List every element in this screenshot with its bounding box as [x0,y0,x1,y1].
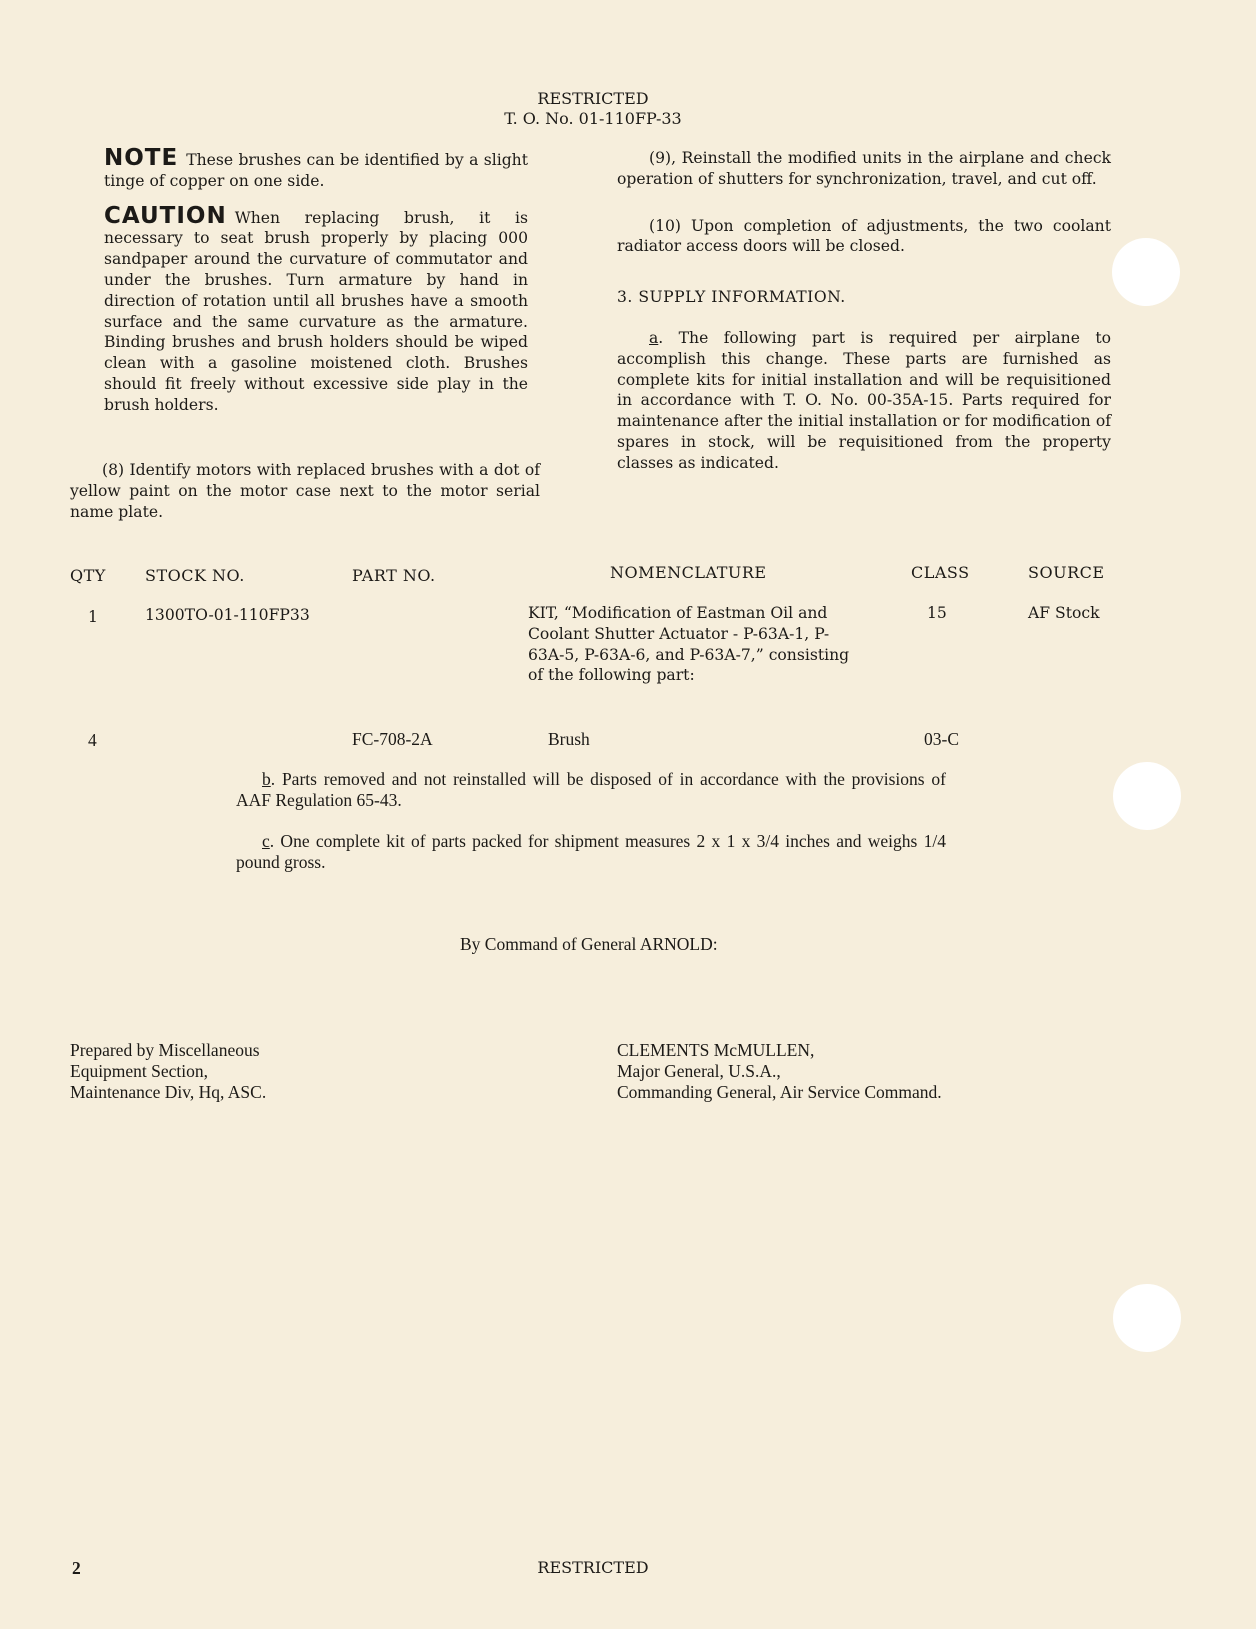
caution-block: CAUTIONWhen replacing brush, it is neces… [104,206,528,416]
cell-class: 03-C [924,729,959,750]
cell-stock-no: 1300TO-01-110FP33 [145,605,310,626]
paragraph-a-letter: a [649,329,658,347]
step-9: (9), Reinstall the modified units in the… [617,148,1111,190]
cell-source: AF Stock [1028,603,1100,624]
note-block: NOTEThese brushes can be identified by a… [104,148,528,192]
punch-hole-top [1112,238,1180,306]
by-command-line: By Command of General ARNOLD: [460,934,718,955]
cell-nomenclature: Brush [548,729,590,750]
cell-part-no: FC-708-2A [352,729,433,750]
paragraph-a: a. The following part is required per ai… [617,328,1111,474]
signer-name: CLEMENTS McMULLEN, [617,1040,942,1061]
step-10: (10) Upon completion of adjustments, the… [617,216,1111,258]
cell-qty: 4 [88,730,97,751]
signer-rank: Major General, U.S.A., [617,1061,942,1082]
paragraph-c-letter: c [262,831,270,851]
paragraph-a-text: . The following part is required per air… [617,329,1111,472]
caution-label: CAUTION [104,203,227,229]
cell-nomenclature: KIT, “Modification of Eastman Oil and Co… [528,603,858,686]
note-label: NOTE [104,145,178,171]
step-8: (8) Identify motors with replaced brushe… [70,460,540,522]
paragraph-b: b. Parts removed and not reinstalled wil… [236,769,946,811]
cell-qty: 1 [88,607,98,628]
signer-title: Commanding General, Air Service Command. [617,1082,942,1103]
caution-text: When replacing brush, it is necessary to… [104,209,528,414]
paragraph-b-letter: b [262,769,271,789]
header-classification: RESTRICTED [0,89,1186,109]
left-column: NOTEThese brushes can be identified by a… [104,148,528,416]
right-column: (9), Reinstall the modified units in the… [617,148,1111,474]
paragraph-c-text: . One complete kit of parts packed for s… [236,831,946,872]
prepared-by-block: Prepared by Miscellaneous Equipment Sect… [70,1040,266,1103]
cell-class: 15 [927,603,947,624]
column-header-nomenclature: NOMENCLATURE [610,563,767,582]
paragraph-b-text: . Parts removed and not reinstalled will… [236,769,946,810]
column-header-source: SOURCE [1028,563,1105,582]
section-heading-supply-information: 3. SUPPLY INFORMATION. [617,287,1111,308]
signer-block: CLEMENTS McMULLEN, Major General, U.S.A.… [617,1040,942,1103]
punch-hole-bottom [1113,1284,1181,1352]
column-header-part-no: PART NO. [352,566,436,585]
footer-classification: RESTRICTED [0,1558,1186,1577]
paragraph-c: c. One complete kit of parts packed for … [236,831,946,873]
document-number: T. O. No. 01-110FP-33 [0,109,1186,129]
column-header-stock-no: STOCK NO. [145,566,245,585]
column-header-class: CLASS [911,563,970,582]
column-header-qty: QTY [70,566,106,585]
punch-hole-middle [1113,762,1181,830]
